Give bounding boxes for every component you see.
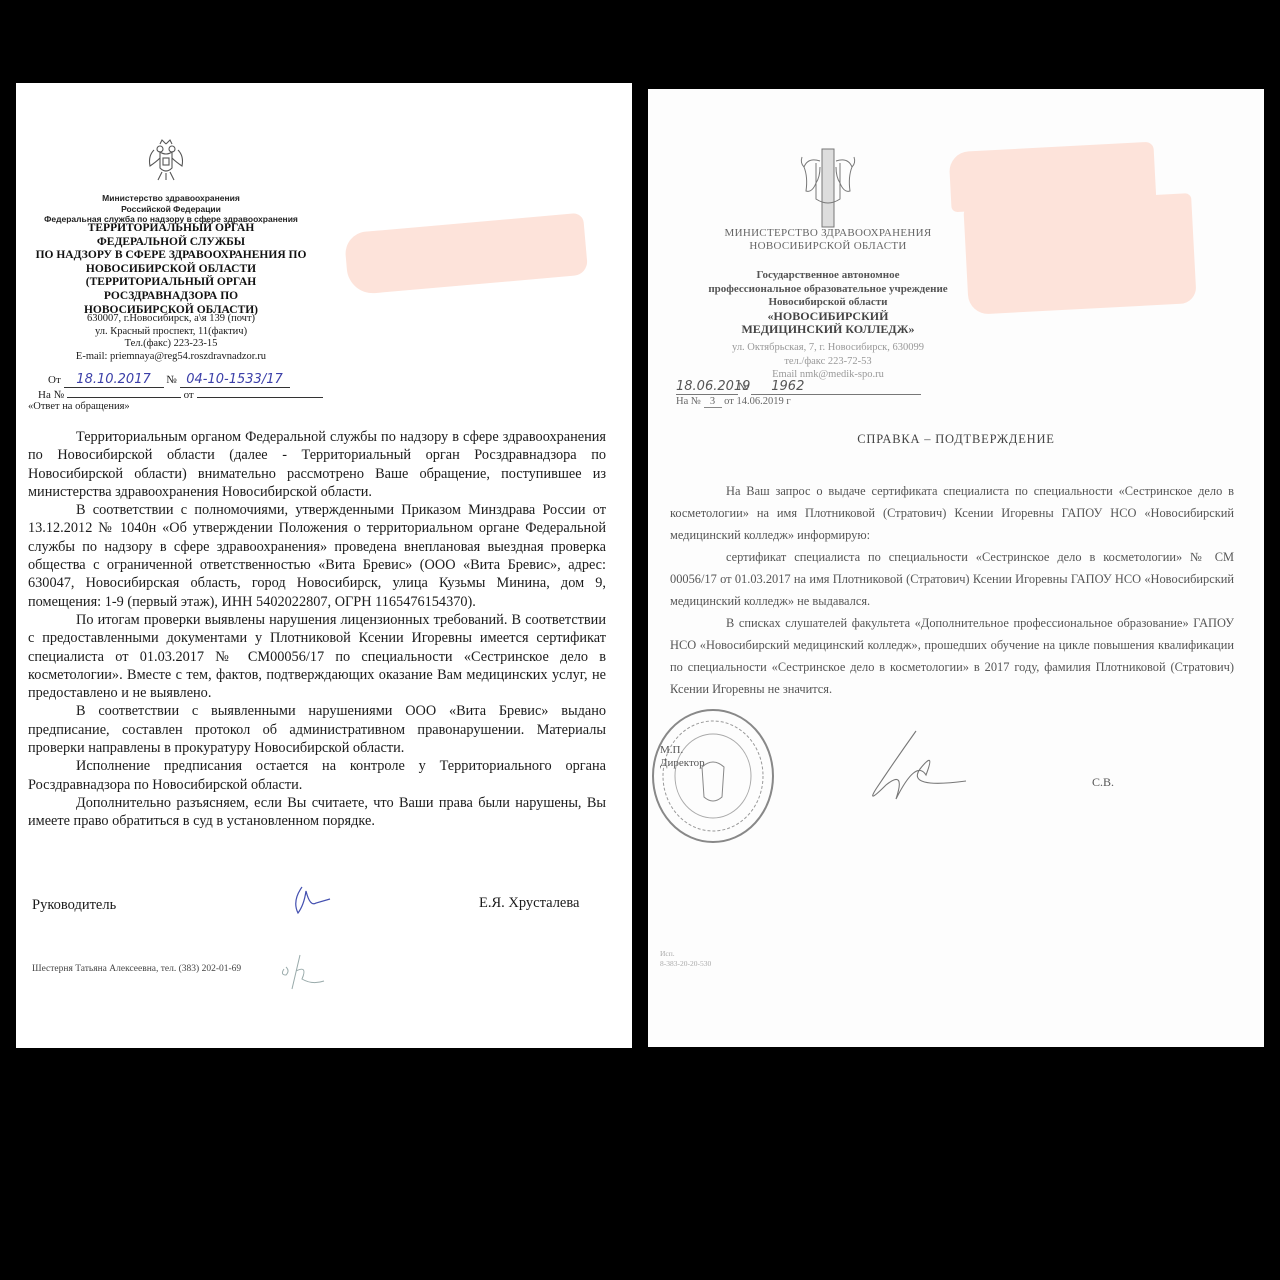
paragraph: Территориальным органом Федеральной служ… <box>28 428 606 501</box>
header-line: РОСЗДРАВНАДЗОРА ПО <box>26 290 316 304</box>
letter-subject: «Ответ на обращения» <box>28 401 130 412</box>
reply-to-number-label: На № <box>38 389 64 401</box>
paragraph: Исполнение предписания остается на контр… <box>28 757 606 794</box>
paragraph: Дополнительно разъясняем, если Вы считае… <box>28 794 606 831</box>
header-line: НОВОСИБИРСКОЙ ОБЛАСТИ <box>688 240 968 253</box>
header-line: ФЕДЕРАЛЬНОЙ СЛУЖБЫ <box>26 236 316 250</box>
letter-date: 18.10.2017 <box>64 372 164 388</box>
letter-body: На Ваш запрос о выдаче сертификата специ… <box>670 480 1234 700</box>
official-stamp-icon <box>650 707 780 845</box>
executor-line: 8-383-20-20-530 <box>660 959 711 969</box>
signatory-position: Руководитель <box>32 897 116 914</box>
reference-row-2: На № от <box>38 389 323 401</box>
signatory-name: Е.Я. Хрусталева <box>479 895 579 912</box>
header-line: МИНИСТЕРСТВО ЗДРАВООХРАНЕНИЯ <box>688 227 968 240</box>
redaction-blot <box>963 193 1196 315</box>
executor-line: Исп. <box>660 949 711 959</box>
reply-to-number: 3 <box>704 396 722 408</box>
header-line: МЕДИЦИНСКИЙ КОЛЛЕДЖ» <box>688 323 968 337</box>
address-line: 630007, г.Новосибирск, а\я 139 (почт) <box>26 313 316 326</box>
from-label: От <box>48 374 61 386</box>
header-line: «НОВОСИБИРСКИЙ <box>688 310 968 324</box>
initials-signature-icon <box>278 951 328 991</box>
address-line: тел./факс 223-72-53 <box>688 355 968 369</box>
address-line: Тел.(факс) 223-23-15 <box>26 338 316 351</box>
handwritten-signature-icon <box>282 883 342 923</box>
letter-date: 18.06.2019 <box>676 379 738 395</box>
reply-to-number-label: На № <box>676 396 701 407</box>
letter-number: 1962 <box>751 379 921 395</box>
russian-eagle-emblem-icon <box>146 138 186 182</box>
paragraph: В соответствии с полномочиями, утвержден… <box>28 501 606 611</box>
number-label: № <box>166 374 177 386</box>
paragraph: По итогам проверки выявлены нарушения ли… <box>28 611 606 702</box>
signatory-name: С.В. <box>1092 775 1114 790</box>
paragraph: На Ваш запрос о выдаче сертификата специ… <box>670 480 1234 546</box>
letter-body: Территориальным органом Федеральной служ… <box>28 428 606 831</box>
paragraph: В списках слушателей факультета «Дополни… <box>670 612 1234 700</box>
ministry-header: МИНИСТЕРСТВО ЗДРАВООХРАНЕНИЯ НОВОСИБИРСК… <box>688 227 968 253</box>
stamp-text: Директор <box>660 757 705 770</box>
address-block: ул. Октябрьская, 7, г. Новосибирск, 6300… <box>688 341 968 382</box>
header-line: Министерство здравоохранения <box>26 193 316 204</box>
header-line: ПО НАДЗОРУ В СФЕРЕ ЗДРАВООХРАНЕНИЯ ПО <box>26 249 316 263</box>
header-line: профессиональное образовательное учрежде… <box>688 283 968 297</box>
left-document-page: Министерство здравоохранения Российской … <box>16 83 632 1048</box>
document-title: СПРАВКА – ПОДТВЕРЖДЕНИЕ <box>648 432 1264 447</box>
address-line: E-mail: priemnaya@reg54.roszdravnadzor.r… <box>26 351 316 364</box>
redaction-blot <box>344 213 588 296</box>
paragraph: В соответствии с выявленными нарушениями… <box>28 702 606 757</box>
handwritten-signature-icon <box>856 729 986 809</box>
address-block: 630007, г.Новосибирск, а\я 139 (почт) ул… <box>26 313 316 363</box>
reference-row-2: На № 3 от 14.06.2019 г <box>676 396 791 408</box>
reply-to-date-label: от <box>184 389 194 401</box>
header-line: ТЕРРИТОРИАЛЬНЫЙ ОРГАН <box>26 222 316 236</box>
letter-number: 04-10-1533/17 <box>180 372 290 388</box>
executor-contact: Исп. 8-383-20-20-530 <box>660 949 711 969</box>
header-line: Государственное автономное <box>688 269 968 283</box>
address-line: ул. Октябрьская, 7, г. Новосибирск, 6300… <box>688 341 968 355</box>
header-line: Российской Федерации <box>26 204 316 215</box>
stamp-text: М.П. <box>660 744 705 757</box>
paragraph: сертификат специалиста по специальности … <box>670 546 1234 612</box>
number-label: № <box>738 381 749 393</box>
reply-to-date: от 14.06.2019 г <box>724 396 791 407</box>
stamp-label: М.П. Директор <box>660 744 705 770</box>
novosibirsk-coat-of-arms-icon <box>798 147 858 229</box>
ministry-header: Министерство здравоохранения Российской … <box>26 193 316 225</box>
institution-header: Государственное автономное профессиональ… <box>688 269 968 337</box>
header-line: (ТЕРРИТОРИАЛЬНЫЙ ОРГАН <box>26 276 316 290</box>
reference-row-1: От 18.10.2017 № 04-10-1533/17 <box>48 372 290 388</box>
address-line: ул. Красный проспект, 11(фактич) <box>26 326 316 339</box>
header-line: Новосибирской области <box>688 296 968 310</box>
organ-header: ТЕРРИТОРИАЛЬНЫЙ ОРГАН ФЕДЕРАЛЬНОЙ СЛУЖБЫ… <box>26 222 316 317</box>
executor-contact: Шестерня Татьяна Алексеевна, тел. (383) … <box>32 964 241 974</box>
reference-row-1: 18.06.2019№ 1962 <box>676 379 921 395</box>
right-document-page: МИНИСТЕРСТВО ЗДРАВООХРАНЕНИЯ НОВОСИБИРСК… <box>648 89 1264 1047</box>
header-line: НОВОСИБИРСКОЙ ОБЛАСТИ <box>26 263 316 277</box>
